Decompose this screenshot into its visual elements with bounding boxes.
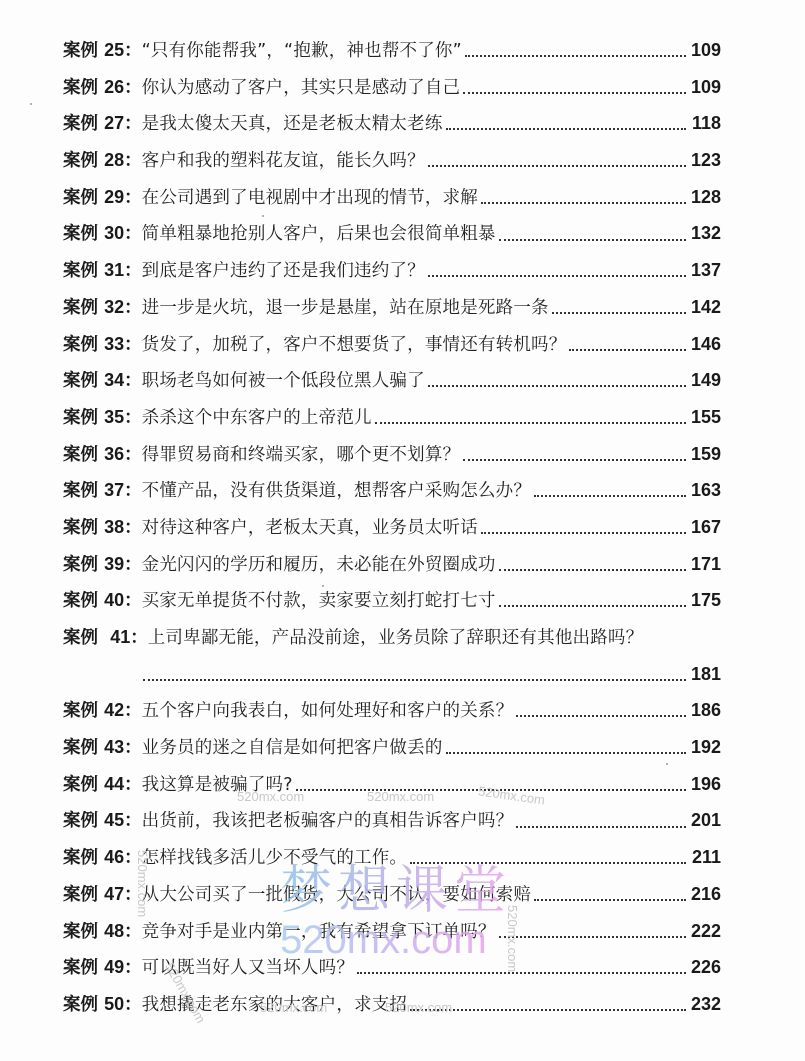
dot-leader [499, 595, 686, 613]
case-label: 案例 41： [63, 622, 148, 653]
dot-leader [481, 522, 686, 540]
dot-leader [569, 338, 686, 356]
case-title: 我这算是被骗了吗? [142, 770, 293, 800]
case-title: 我想撬走老东家的大客户，求支招 [142, 990, 408, 1020]
page-number: 155 [689, 402, 721, 432]
case-label: 案例 43： [63, 732, 142, 763]
dot-leader [499, 228, 686, 246]
scan-speck [666, 763, 668, 765]
case-label: 案例 46： [63, 842, 142, 873]
dot-leader [481, 191, 686, 209]
case-label: 案例 30： [63, 218, 142, 249]
case-title: 不懂产品，没有供货渠道，想帮客户采购怎么办？ [142, 476, 531, 506]
case-label: 案例 47： [63, 879, 142, 910]
dot-leader [446, 118, 686, 136]
case-title: 上司卑鄙无能，产品没前途，业务员除了辞职还有其他出路吗？ [148, 623, 644, 653]
page-number: 192 [689, 732, 721, 762]
case-title: 得罪贸易商和终端买家，哪个更不划算？ [142, 440, 461, 470]
case-title: 业务员的迷之自信是如何把客户做丢的 [142, 733, 443, 763]
toc-entry-29[interactable]: 案例 29： 在公司遇到了电视剧中才出现的情节，求解 128 [63, 182, 721, 219]
toc-entry-49[interactable]: 案例 49： 可以既当好人又当坏人吗？ 226 [63, 952, 721, 989]
case-label: 案例 49： [63, 952, 142, 983]
case-title: 在公司遇到了电视剧中才出现的情节，求解 [142, 183, 478, 213]
case-label: 案例 33： [63, 329, 142, 360]
page-number: 175 [689, 585, 721, 615]
scan-speck [30, 103, 32, 105]
page-number: 142 [689, 292, 721, 322]
toc-entry-32[interactable]: 案例 32： 进一步是火坑，退一步是悬崖，站在原地是死路一条 142 [63, 292, 721, 329]
case-label: 案例 29： [63, 182, 142, 213]
dot-leader [516, 705, 686, 723]
toc-entry-34[interactable]: 案例 34： 职场老鸟如何被一个低段位黑人骗了 149 [63, 365, 721, 402]
dot-leader [534, 888, 686, 906]
page-number: 186 [689, 695, 721, 725]
toc-entry-50[interactable]: 案例 50： 我想撬走老东家的大客户，求支招 232 [63, 989, 721, 1026]
toc-entry-38[interactable]: 案例 38： 对待这种客户，老板太天真，业务员太听话 167 [63, 512, 721, 549]
case-label: 案例 36： [63, 439, 142, 470]
dot-leader [410, 852, 686, 870]
page-number: 149 [689, 365, 721, 395]
case-label: 案例 34： [63, 365, 142, 396]
case-title: “只有你能帮我”，“抱歉，神也帮不了你” [142, 36, 462, 66]
case-title: 是我太傻太天真，还是老板太精太老练 [142, 109, 443, 139]
dot-leader [499, 558, 686, 576]
case-title: 简单粗暴地抢别人客户，后果也会很简单粗暴 [142, 219, 496, 249]
case-title: 竞争对手是业内第一，我有希望拿下订单吗？ [142, 917, 496, 947]
page-number: 159 [689, 439, 721, 469]
table-of-contents: 案例 25： “只有你能帮我”，“抱歉，神也帮不了你” 109 案例 26： 你… [63, 35, 721, 1026]
case-label: 案例 35： [63, 402, 142, 433]
case-title: 你认为感动了客户，其实只是感动了自己 [142, 73, 461, 103]
dot-leader [375, 411, 686, 429]
page-number: 211 [689, 842, 721, 872]
page-number: 137 [689, 255, 721, 285]
dot-leader [296, 778, 686, 796]
toc-entry-33[interactable]: 案例 33： 货发了，加税了，客户不想要货了，事情还有转机吗？ 146 [63, 329, 721, 366]
case-label: 案例 32： [63, 292, 142, 323]
case-label: 案例 44： [63, 769, 142, 800]
toc-entry-41-continuation[interactable]: 181 [63, 659, 721, 696]
page-number: 171 [689, 549, 721, 579]
case-label: 案例 37： [63, 475, 142, 506]
toc-entry-25[interactable]: 案例 25： “只有你能帮我”，“抱歉，神也帮不了你” 109 [63, 35, 721, 72]
case-title: 买家无单提货不付款，卖家要立刻打蛇打七寸 [142, 586, 496, 616]
dot-leader [428, 155, 686, 173]
toc-entry-28[interactable]: 案例 28： 客户和我的塑料花友谊，能长久吗？ 123 [63, 145, 721, 182]
toc-entry-30[interactable]: 案例 30： 简单粗暴地抢别人客户，后果也会很简单粗暴 132 [63, 218, 721, 255]
case-label: 案例 48： [63, 916, 142, 947]
page-number: 232 [689, 989, 721, 1019]
case-title: 怎样找钱多活儿少不受气的工作。 [142, 843, 408, 873]
dot-leader [410, 998, 686, 1016]
case-title: 货发了，加税了，客户不想要货了，事情还有转机吗？ [142, 330, 567, 360]
toc-entry-48[interactable]: 案例 48： 竞争对手是业内第一，我有希望拿下订单吗？ 222 [63, 916, 721, 953]
toc-entry-45[interactable]: 案例 45： 出货前，我该把老板骗客户的真相告诉客户吗？ 201 [63, 805, 721, 842]
toc-entry-42[interactable]: 案例 42： 五个客户向我表白，如何处理好和客户的关系？ 186 [63, 695, 721, 732]
case-label: 案例 26： [63, 72, 142, 103]
case-label: 案例 45： [63, 805, 142, 836]
page-number: 167 [689, 512, 721, 542]
case-title: 到底是客户违约了还是我们违约了？ [142, 256, 425, 286]
page-number: 118 [689, 108, 721, 138]
case-title: 出货前，我该把老板骗客户的真相告诉客户吗？ [142, 806, 514, 836]
dot-leader [428, 265, 686, 283]
scan-speck [322, 585, 324, 587]
dot-leader [552, 301, 686, 319]
dot-leader [428, 375, 686, 393]
case-title: 从大公司买了一批假货，大公司不认，要如何索赔 [142, 880, 531, 910]
scan-speck [290, 495, 292, 497]
dot-leader [499, 925, 686, 943]
page-number: 222 [689, 916, 721, 946]
page-number: 146 [689, 329, 721, 359]
dot-leader [143, 668, 686, 686]
page-number: 163 [689, 475, 721, 505]
toc-entry-41[interactable]: 案例 41： 上司卑鄙无能，产品没前途，业务员除了辞职还有其他出路吗？ [63, 622, 721, 659]
toc-entry-27[interactable]: 案例 27： 是我太傻太天真，还是老板太精太老练 118 [63, 108, 721, 145]
case-title: 杀杀这个中东客户的上帝范儿 [142, 403, 372, 433]
case-label: 案例 39： [63, 549, 142, 580]
document-page: 案例 25： “只有你能帮我”，“抱歉，神也帮不了你” 109 案例 26： 你… [0, 0, 805, 1061]
toc-entry-40[interactable]: 案例 40： 买家无单提货不付款，卖家要立刻打蛇打七寸 175 [63, 585, 721, 622]
dot-leader [446, 742, 686, 760]
case-title: 进一步是火坑，退一步是悬崖，站在原地是死路一条 [142, 293, 549, 323]
dot-leader [463, 448, 686, 466]
page-number: 123 [689, 145, 721, 175]
dot-leader [534, 485, 686, 503]
case-title: 金光闪闪的学历和履历，未必能在外贸圈成功 [142, 550, 496, 580]
case-title: 职场老鸟如何被一个低段位黑人骗了 [142, 366, 425, 396]
toc-entry-43[interactable]: 案例 43： 业务员的迷之自信是如何把客户做丢的 192 [63, 732, 721, 769]
toc-entry-26[interactable]: 案例 26： 你认为感动了客户，其实只是感动了自己 109 [63, 72, 721, 109]
case-label: 案例 38： [63, 512, 142, 543]
dot-leader [357, 962, 686, 980]
page-number: 226 [689, 952, 721, 982]
dot-leader [463, 81, 686, 99]
toc-entry-37[interactable]: 案例 37： 不懂产品，没有供货渠道，想帮客户采购怎么办？ 163 [63, 475, 721, 512]
case-title: 五个客户向我表白，如何处理好和客户的关系？ [142, 696, 514, 726]
dot-leader [465, 45, 686, 63]
page-number: 201 [689, 805, 721, 835]
case-label: 案例 42： [63, 695, 142, 726]
case-label: 案例 40： [63, 585, 142, 616]
page-number: 196 [689, 769, 721, 799]
page-number: 132 [689, 218, 721, 248]
scan-speck [262, 215, 264, 217]
page-number: 109 [689, 35, 721, 65]
toc-entry-44[interactable]: 案例 44： 我这算是被骗了吗? 196 [63, 769, 721, 806]
toc-entry-47[interactable]: 案例 47： 从大公司买了一批假货，大公司不认，要如何索赔 216 [63, 879, 721, 916]
dot-leader [516, 815, 686, 833]
case-title: 对待这种客户，老板太天真，业务员太听话 [142, 513, 478, 543]
case-title: 客户和我的塑料花友谊，能长久吗？ [142, 146, 425, 176]
page-number: 109 [689, 72, 721, 102]
toc-entry-35[interactable]: 案例 35： 杀杀这个中东客户的上帝范儿 155 [63, 402, 721, 439]
page-number: 216 [689, 879, 721, 909]
case-label: 案例 31： [63, 255, 142, 286]
case-label: 案例 25： [63, 35, 142, 66]
toc-entry-46[interactable]: 案例 46： 怎样找钱多活儿少不受气的工作。 211 [63, 842, 721, 879]
toc-entry-39[interactable]: 案例 39： 金光闪闪的学历和履历，未必能在外贸圈成功 171 [63, 549, 721, 586]
case-label: 案例 28： [63, 145, 142, 176]
page-number: 181 [689, 659, 721, 689]
case-label: 案例 27： [63, 108, 142, 139]
case-title: 可以既当好人又当坏人吗？ [142, 953, 354, 983]
toc-entry-36[interactable]: 案例 36： 得罪贸易商和终端买家，哪个更不划算？ 159 [63, 439, 721, 476]
toc-entry-31[interactable]: 案例 31： 到底是客户违约了还是我们违约了？ 137 [63, 255, 721, 292]
case-label: 案例 50： [63, 989, 142, 1020]
page-number: 128 [689, 182, 721, 212]
